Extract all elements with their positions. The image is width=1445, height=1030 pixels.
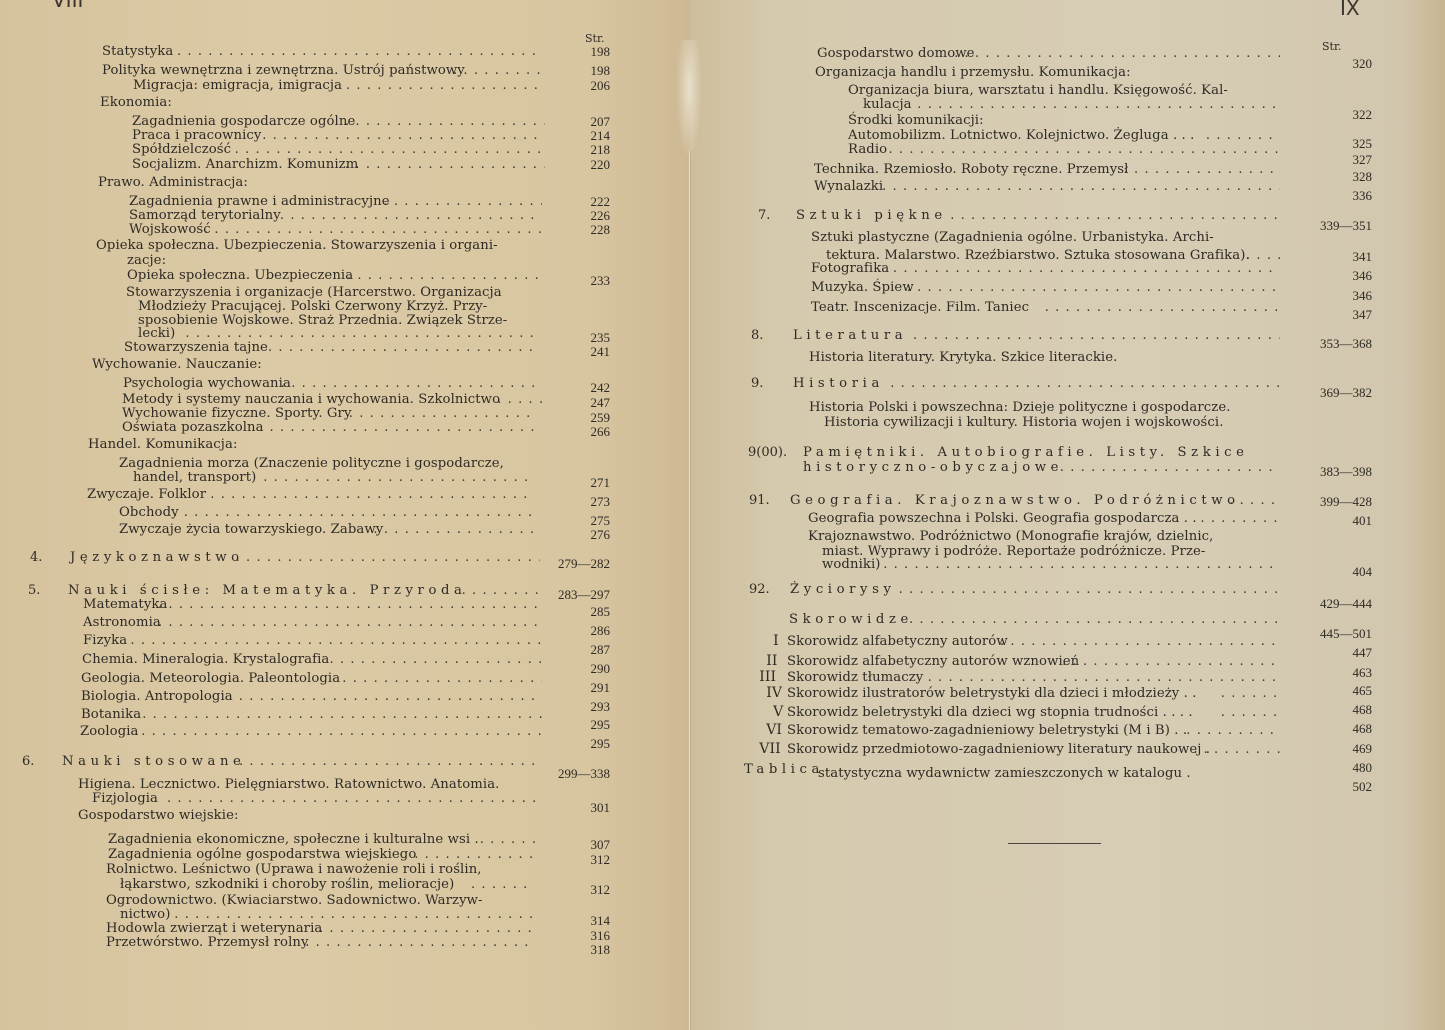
toc-entry: Botanika — [81, 707, 141, 722]
page-number: 318 — [591, 942, 611, 957]
section-number: 6. — [22, 754, 34, 769]
dot-leader: ........................................… — [174, 907, 535, 922]
section-number: 91. — [749, 493, 770, 508]
left-folio: VIII — [52, 0, 83, 12]
torn-gutter — [676, 40, 702, 160]
page-number: 401 — [1353, 513, 1373, 528]
page-number: 468 — [1353, 702, 1373, 717]
index-roman: I — [773, 634, 779, 649]
dot-leader: ........................................… — [236, 550, 540, 565]
dot-leader: ........................................… — [1062, 654, 1280, 669]
toc-entry: Wychowanie fizyczne. Sporty. Gry — [122, 406, 352, 421]
index-roman: VII — [759, 742, 780, 757]
page-number: 312 — [591, 882, 611, 897]
page-number: 228 — [591, 222, 611, 237]
page-number: 266 — [591, 424, 611, 439]
toc-entry: Radio — [848, 142, 887, 157]
page-number: 220 — [591, 157, 611, 172]
page-number: 241 — [591, 344, 611, 359]
dot-leader: ........................................… — [158, 597, 542, 612]
dot-leader: ........................................… — [480, 832, 535, 847]
page-number: 275 — [591, 513, 611, 528]
toc-entry: Krajoznawstwo. Podróżnictwo (Monografie … — [808, 529, 1213, 544]
page-number: 214 — [591, 128, 611, 143]
toc-entry: zacje: — [127, 253, 166, 268]
toc-entry: Opieka społeczna. Ubezpieczenia — [127, 268, 353, 283]
page-number: 336 — [1353, 188, 1373, 203]
section-title: Pamiętniki. Autobiografie. Listy. Szkice — [803, 445, 1249, 460]
page-number: 369—382 — [1320, 385, 1372, 400]
toc-entry: Fizyka — [83, 633, 127, 648]
dot-leader: ........................................… — [235, 142, 545, 157]
section-title: Literatura — [793, 328, 907, 343]
toc-entry: Obchody — [119, 505, 179, 520]
page-number: 480 — [1353, 760, 1373, 775]
closing-rule — [1008, 843, 1101, 844]
toc-entry: Stowarzyszenia tajne — [124, 340, 268, 355]
dot-leader: ........................................… — [347, 268, 540, 283]
toc-entry: Biologia. Antropologia — [81, 689, 233, 704]
page-number: 320 — [1353, 56, 1373, 71]
dot-leader: ........................................… — [239, 689, 542, 704]
dot-leader: ........................................… — [1221, 705, 1280, 720]
dot-leader: ........................................… — [185, 326, 540, 341]
index-roman: IV — [766, 686, 782, 701]
dot-leader: ........................................… — [239, 754, 535, 769]
dot-leader: ........................................… — [890, 376, 1280, 391]
section-number: 7. — [758, 208, 770, 223]
page-number: 339—351 — [1320, 218, 1372, 233]
toc-entry: Spółdzielczość — [132, 142, 231, 157]
toc-entry: nictwo) — [120, 907, 170, 922]
section-title: Historia — [793, 376, 884, 391]
index-roman: II — [766, 654, 777, 669]
toc-entry: Fotografika — [811, 261, 889, 276]
page-number: 235 — [591, 330, 611, 345]
page-number: 233 — [591, 273, 611, 288]
dot-leader: ........................................… — [259, 420, 537, 435]
page-number: 291 — [591, 680, 611, 695]
section-number: 8. — [751, 328, 763, 343]
section-number: 4. — [30, 550, 42, 565]
toc-entry: Wojskowość — [129, 222, 211, 237]
toc-entry: Zagadnienia ekonomiczne, społeczne i kul… — [108, 832, 479, 847]
toc-entry: Historia cywilizacji i kultury. Historia… — [824, 415, 1223, 430]
dot-leader: ........................................… — [342, 671, 542, 686]
toc-entry: Fizjologia — [92, 791, 158, 806]
page-number: 346 — [1353, 288, 1373, 303]
toc-entry: Przetwórstwo. Przemysł rolny — [106, 935, 309, 950]
page-number: 346 — [1353, 268, 1373, 283]
toc-entry: Wynalazki — [814, 179, 883, 194]
toc-entry: Ekonomia: — [100, 95, 172, 110]
toc-entry: Polityka wewnętrzna i zewnętrzna. Ustrój… — [102, 63, 465, 78]
index-entry: Skorowidz beletrystyki dla dzieci wg sto… — [787, 705, 1193, 720]
page-number: 316 — [591, 928, 611, 943]
book-gutter — [688, 150, 691, 1030]
dot-leader: ........................................… — [262, 128, 545, 143]
dot-leader: ........................................… — [281, 376, 537, 391]
section-number: 92. — [749, 582, 770, 597]
toc-entry: Organizacja biura, warsztatu i handlu. K… — [848, 83, 1228, 98]
section-title: Geografia. Krajoznawstwo. Podróżnictwo — [790, 493, 1240, 508]
section-title-continued: historyczno-obyczajowe — [803, 460, 1063, 475]
index-entry: Skorowidz alfabetyczny autorów wznowień — [787, 654, 1079, 669]
toc-entry: Socjalizm. Anarchizm. Komunizm — [132, 157, 358, 172]
index-footer-text: statystyczna wydawnictw zamieszczonych w… — [818, 766, 1191, 781]
right-page-column-header: Str. — [1322, 40, 1342, 53]
dot-leader: ........................................… — [899, 582, 1280, 597]
dot-leader: ........................................… — [1000, 634, 1280, 649]
toc-entry: Gospodarstwo wiejskie: — [78, 808, 239, 823]
index-entry: Skorowidz ilustratorów beletrystyki dla … — [787, 686, 1197, 701]
dot-leader: ........................................… — [917, 97, 1280, 112]
toc-entry: Ogrodownictwo. (Kwiaciarstwo. Sadownictw… — [106, 893, 483, 908]
right-folio: IX — [1340, 0, 1360, 20]
dot-leader: ........................................… — [1124, 162, 1280, 177]
page-number: 285 — [591, 604, 611, 619]
dot-leader: ........................................… — [883, 557, 1280, 572]
toc-entry: Zagadnienia morza (Znaczenie polityczne … — [119, 456, 504, 471]
toc-entry: Organizacja handlu i przemysłu. Komunika… — [815, 65, 1131, 80]
dot-leader: ........................................… — [204, 222, 542, 237]
toc-entry: Hodowla zwierząt i weterynaria — [106, 921, 322, 936]
dot-leader: ........................................… — [882, 179, 1280, 194]
dot-leader: ........................................… — [1186, 723, 1280, 738]
section-title: Nauki stosowane — [62, 754, 245, 769]
page-number: 273 — [591, 494, 611, 509]
dot-leader: ........................................… — [1200, 511, 1280, 526]
index-roman: VI — [766, 723, 782, 738]
dot-leader: ........................................… — [210, 487, 535, 502]
index-entry: Skorowidz przedmiotowo-zagadnieniowy lit… — [787, 742, 1210, 757]
toc-entry: Geografia powszechna i Polski. Geografia… — [808, 511, 1197, 526]
index-footer-lead: Tablica — [744, 762, 824, 777]
dot-leader: ........................................… — [345, 114, 545, 129]
page-number: 399—428 — [1320, 494, 1372, 509]
page-number: 447 — [1353, 645, 1373, 660]
toc-entry: Zwyczaje. Folklor — [87, 487, 206, 502]
section-title: Językoznawstwo — [70, 550, 244, 565]
dot-leader: ........................................… — [950, 208, 1280, 223]
page-number: 198 — [591, 44, 611, 59]
page-number: 218 — [591, 142, 611, 157]
page-number: 341 — [1353, 249, 1373, 264]
toc-entry: Zwyczaje życia towarzyskiego. Zabawy — [119, 522, 383, 537]
toc-entry: Zoologia — [80, 724, 139, 739]
dot-leader: ........................................… — [141, 724, 542, 739]
toc-entry: wodniki) — [822, 557, 881, 572]
dot-leader: ........................................… — [1060, 460, 1280, 475]
page-number: 271 — [591, 475, 611, 490]
section-title: Życiorysy — [790, 582, 896, 597]
dot-leader: ........................................… — [319, 921, 535, 936]
toc-entry: Środki komunikacji: — [848, 113, 984, 128]
page-number: 198 — [591, 63, 611, 78]
toc-entry: Zagadnienia ogólne gospodarstwa wiejskie… — [108, 847, 416, 862]
section-number: 5. — [28, 583, 40, 598]
page-number: 279—282 — [558, 556, 610, 571]
page-number: 247 — [591, 395, 611, 410]
toc-entry: Prawo. Administracja: — [98, 175, 248, 190]
toc-entry: Metody i systemy nauczania i wychowania.… — [122, 392, 500, 407]
dot-leader: ........................................… — [280, 208, 542, 223]
toc-entry: Młodzieży Pracującej. Polski Czerwony Kr… — [138, 299, 487, 314]
page-number: 314 — [591, 913, 611, 928]
dot-leader: ........................................… — [462, 583, 540, 598]
page-number: 295 — [591, 736, 611, 751]
toc-entry: Samorząd terytorialny — [129, 208, 281, 223]
page-number: 468 — [1353, 721, 1373, 736]
dot-leader: ........................................… — [913, 328, 1280, 343]
toc-entry: Statystyka — [102, 44, 173, 59]
dot-leader: ........................................… — [1229, 493, 1280, 508]
page-number: 276 — [591, 527, 611, 542]
dot-leader: ........................................… — [173, 505, 533, 520]
toc-entry: handel, transport) — [133, 470, 256, 485]
dot-leader: ........................................… — [330, 652, 543, 667]
dot-leader: ........................................… — [893, 261, 1280, 276]
dot-leader: ........................................… — [453, 63, 545, 78]
page-number: 465 — [1353, 683, 1373, 698]
toc-entry: Zagadnienia gospodarcze ogólne — [132, 114, 355, 129]
toc-entry: Oświata pozaszkolna — [122, 420, 264, 435]
toc-entry: Rolnictwo. Leśnictwo (Uprawa i nawożenie… — [106, 862, 482, 877]
page-number: 383—398 — [1320, 464, 1372, 479]
page-number: 445—501 — [1320, 626, 1372, 641]
page-number: 295 — [591, 717, 611, 732]
toc-entry: Higiena. Lecznictwo. Pielęgniarstwo. Rat… — [78, 777, 499, 792]
toc-entry: Historia Polski i powszechna: Dzieje pol… — [809, 400, 1231, 415]
dot-leader: ........................................… — [167, 791, 535, 806]
toc-entry: Sztuki plastyczne (Zagadnienia ogólne. U… — [811, 230, 1214, 245]
toc-entry: Teatr. Inscenizacje. Film. Taniec — [811, 300, 1029, 315]
page-number: 463 — [1353, 665, 1373, 680]
page-number: 502 — [1353, 779, 1373, 794]
page-number: 299—338 — [558, 766, 610, 781]
section-title: Sztuki piękne — [796, 208, 947, 223]
dot-leader: ........................................… — [345, 157, 545, 172]
dot-leader: ........................................… — [954, 46, 1280, 61]
dot-leader: ........................................… — [349, 406, 537, 421]
dot-leader: ........................................… — [373, 522, 533, 537]
dot-leader: ........................................… — [1045, 300, 1280, 315]
toc-entry: Muzyka. Śpiew — [811, 280, 914, 295]
toc-entry: Psychologia wychowania — [123, 376, 291, 391]
page-number: 293 — [591, 699, 611, 714]
page-number: 259 — [591, 410, 611, 425]
page-number: 207 — [591, 114, 611, 129]
page-number: 301 — [591, 800, 611, 815]
dot-leader: ........................................… — [1206, 128, 1280, 143]
index-roman: V — [773, 705, 783, 720]
toc-entry: Zagadnienia prawne i administracyjne — [129, 194, 390, 209]
toc-entry: Praca i pracownicy — [132, 128, 261, 143]
page-number: 404 — [1353, 564, 1373, 579]
toc-entry: Migracja: emigracja, imigracja — [133, 78, 342, 93]
page-number: 469 — [1353, 741, 1373, 756]
page-number: 353—368 — [1320, 336, 1372, 351]
index-entry: Skorowidz alfabetyczny autorów — [787, 634, 1008, 649]
toc-entry: lecki) — [138, 326, 175, 341]
dot-leader: ........................................… — [346, 78, 545, 93]
page-number: 312 — [591, 852, 611, 867]
page-number: 206 — [591, 78, 611, 93]
dot-leader: ........................................… — [907, 280, 1280, 295]
toc-entry: Chemia. Mineralogia. Krystalografia — [82, 652, 329, 667]
toc-entry: kulacja — [863, 97, 912, 112]
toc-entry: Gospodarstwo domowe — [817, 46, 975, 61]
dot-leader: ........................................… — [305, 935, 535, 950]
toc-entry: Technika. Rzemiosło. Roboty ręczne. Prze… — [814, 162, 1129, 177]
toc-entry: Wychowanie. Nauczanie: — [92, 357, 262, 372]
dot-leader: ........................................… — [889, 142, 1281, 157]
page-number: 307 — [591, 837, 611, 852]
toc-entry: Historia literatury. Krytyka. Szkice lit… — [809, 350, 1117, 365]
page-number: 286 — [591, 623, 611, 638]
dot-leader: ........................................… — [909, 612, 1280, 627]
index-entry: Skorowidz tematowo-zagadnieniowy beletry… — [787, 723, 1187, 738]
page-number: 287 — [591, 642, 611, 657]
toc-entry: Opieka społeczna. Ubezpieczenia. Stowarz… — [96, 238, 498, 253]
toc-entry: Astronomia — [83, 615, 161, 630]
page-number: 283—297 — [558, 587, 610, 602]
dot-leader: ........................................… — [917, 670, 1280, 685]
index-title: Skorowidze — [789, 612, 913, 627]
page-number: 327 — [1353, 152, 1373, 167]
index-roman: III — [759, 670, 776, 685]
dot-leader: ........................................… — [1221, 686, 1280, 701]
dot-leader: ........................................… — [487, 392, 545, 407]
toc-entry: Handel. Komunikacja: — [88, 437, 237, 452]
toc-entry: Matematyka — [83, 597, 167, 612]
section-number: 9(00). — [748, 445, 787, 460]
dot-leader: ........................................… — [142, 707, 542, 722]
section-title: Nauki ścisłe: Matematyka. Przyroda — [68, 583, 467, 598]
dot-leader: ........................................… — [130, 633, 542, 648]
page-number: 226 — [591, 208, 611, 223]
section-number: 9. — [751, 376, 763, 391]
dot-leader: ........................................… — [404, 847, 535, 862]
dot-leader: ........................................… — [1193, 742, 1280, 757]
index-entry: Skorowidz tłumaczy — [787, 670, 923, 685]
page-number: 325 — [1353, 136, 1373, 151]
dot-leader: ........................................… — [158, 615, 542, 630]
toc-entry: Automobilizm. Lotnictwo. Kolejnictwo. Że… — [848, 128, 1194, 143]
page-number: 328 — [1353, 169, 1373, 184]
toc-entry: Geologia. Meteorologia. Paleontologia — [81, 671, 340, 686]
dot-leader: ........................................… — [383, 194, 542, 209]
toc-entry: Stowarzyszenia i organizacje (Harcerstwo… — [126, 285, 502, 300]
page-number: 429—444 — [1320, 596, 1372, 611]
page-number: 290 — [591, 661, 611, 676]
dot-leader: ........................................… — [471, 877, 535, 892]
dot-leader: ........................................… — [263, 470, 535, 485]
toc-entry: łąkarstwo, szkodniki i choroby roślin, m… — [120, 877, 454, 892]
dot-leader: ........................................… — [177, 44, 540, 59]
page-number: 347 — [1353, 307, 1373, 322]
page-number: 222 — [591, 194, 611, 209]
dot-leader: ........................................… — [268, 340, 540, 355]
page-number: 322 — [1353, 107, 1373, 122]
page-number: 242 — [591, 380, 611, 395]
